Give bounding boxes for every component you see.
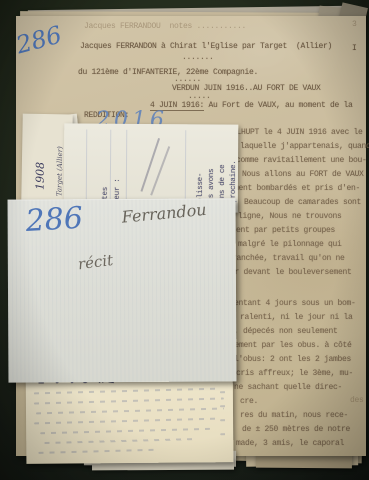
- body-line: ne sachant quelle direc-: [234, 383, 342, 392]
- card-note-column: prochaine.: [230, 161, 238, 203]
- body-line: ralenti, ni le jour ni la: [240, 313, 353, 322]
- body-line: ligne, Nous ne trouvons: [238, 212, 342, 221]
- body-line: cris affreux; le 3ème, mu-: [236, 369, 353, 378]
- faint-handwriting-line: [40, 428, 210, 434]
- separator-dots: .......: [182, 53, 214, 62]
- body-line: ELHUPT le 4 JUIN 1916 avec le: [232, 128, 363, 137]
- card-handwriting-stroke: [140, 138, 159, 192]
- card-rule: [86, 130, 88, 204]
- header-author-line: Jacques FERRANDON à Chirat l'Eglise par …: [80, 42, 332, 51]
- faint-handwriting-line: [38, 449, 158, 454]
- margin-mark: [220, 419, 228, 421]
- lined-paper: 286 Ferrandou récit: [8, 198, 237, 382]
- header-regiment-line: du 121ème d'INFANTERIE, 22ème Compagnie.: [78, 68, 258, 77]
- card-note-column: ons de ce: [219, 165, 227, 203]
- body-line: Beaucoup de camarades sont: [244, 198, 361, 207]
- body-line: res du matin, nous rece-: [240, 411, 348, 420]
- faint-handwriting-line: [36, 408, 224, 415]
- peek-page-number: 3: [352, 20, 357, 29]
- card-year-handwritten: 1908: [33, 162, 46, 190]
- document-photo: Jacques FERRANDOU notes ........... 3 Ja…: [0, 0, 369, 480]
- body-line: made, 3 amis, le caporal: [236, 439, 344, 448]
- separator-dots: .....: [188, 92, 211, 101]
- margin-mark: [220, 405, 228, 407]
- separator-dots: ......: [174, 75, 201, 84]
- body-line: er devant le bouleversement: [230, 268, 352, 277]
- date-heading-rest: Au Fort de VAUX, au moment de la: [204, 101, 353, 110]
- body-line: ent par petits groupes: [236, 226, 335, 235]
- card-rule: [110, 130, 112, 204]
- faint-handwriting-line: [34, 418, 218, 425]
- body-line: entant 4 jours sous un bom-: [234, 299, 356, 308]
- page-number: I: [352, 44, 357, 53]
- pencil-name-annotation: Ferrandou: [121, 200, 207, 227]
- margin-fragment: des: [350, 396, 364, 405]
- body-line: comme ravitaillement une bou-: [236, 156, 367, 165]
- body-line: ment bombardés et pris d'en-: [234, 184, 360, 193]
- body-line: cre.: [240, 397, 258, 406]
- blue-number-paper: 286: [25, 201, 84, 239]
- body-line: , dépecés non seulement: [234, 327, 338, 336]
- blue-number-top: 286: [13, 21, 64, 60]
- body-line: lement par les obus. à côté: [230, 341, 352, 350]
- card-rule: [185, 130, 187, 204]
- margin-mark: [220, 391, 228, 393]
- card-form-label: tes: [102, 187, 110, 200]
- faint-handwriting-line: [44, 438, 194, 444]
- body-line: l'obus: 2 ont les 2 jambes: [234, 355, 351, 364]
- body-line: de ± 250 mètres de notre: [242, 425, 350, 434]
- body-line: malgré le pilonnage qui: [238, 240, 342, 249]
- faint-handwriting-line: [34, 388, 220, 395]
- card-note-column: ns avons: [208, 169, 216, 203]
- body-line: laquelle j'appartenais, quand: [240, 142, 369, 151]
- peek-author-line: Jacques FERRANDOU notes ...........: [84, 22, 246, 31]
- card-rule: [126, 130, 128, 204]
- faint-handwriting-line: [34, 398, 224, 405]
- margin-mark: [220, 433, 228, 435]
- pencil-word-annotation: récit: [77, 251, 114, 273]
- body-line: ranchée, travail qu'on ne: [232, 254, 345, 263]
- body-line: Nous allons au FORT de VAUX: [242, 170, 364, 179]
